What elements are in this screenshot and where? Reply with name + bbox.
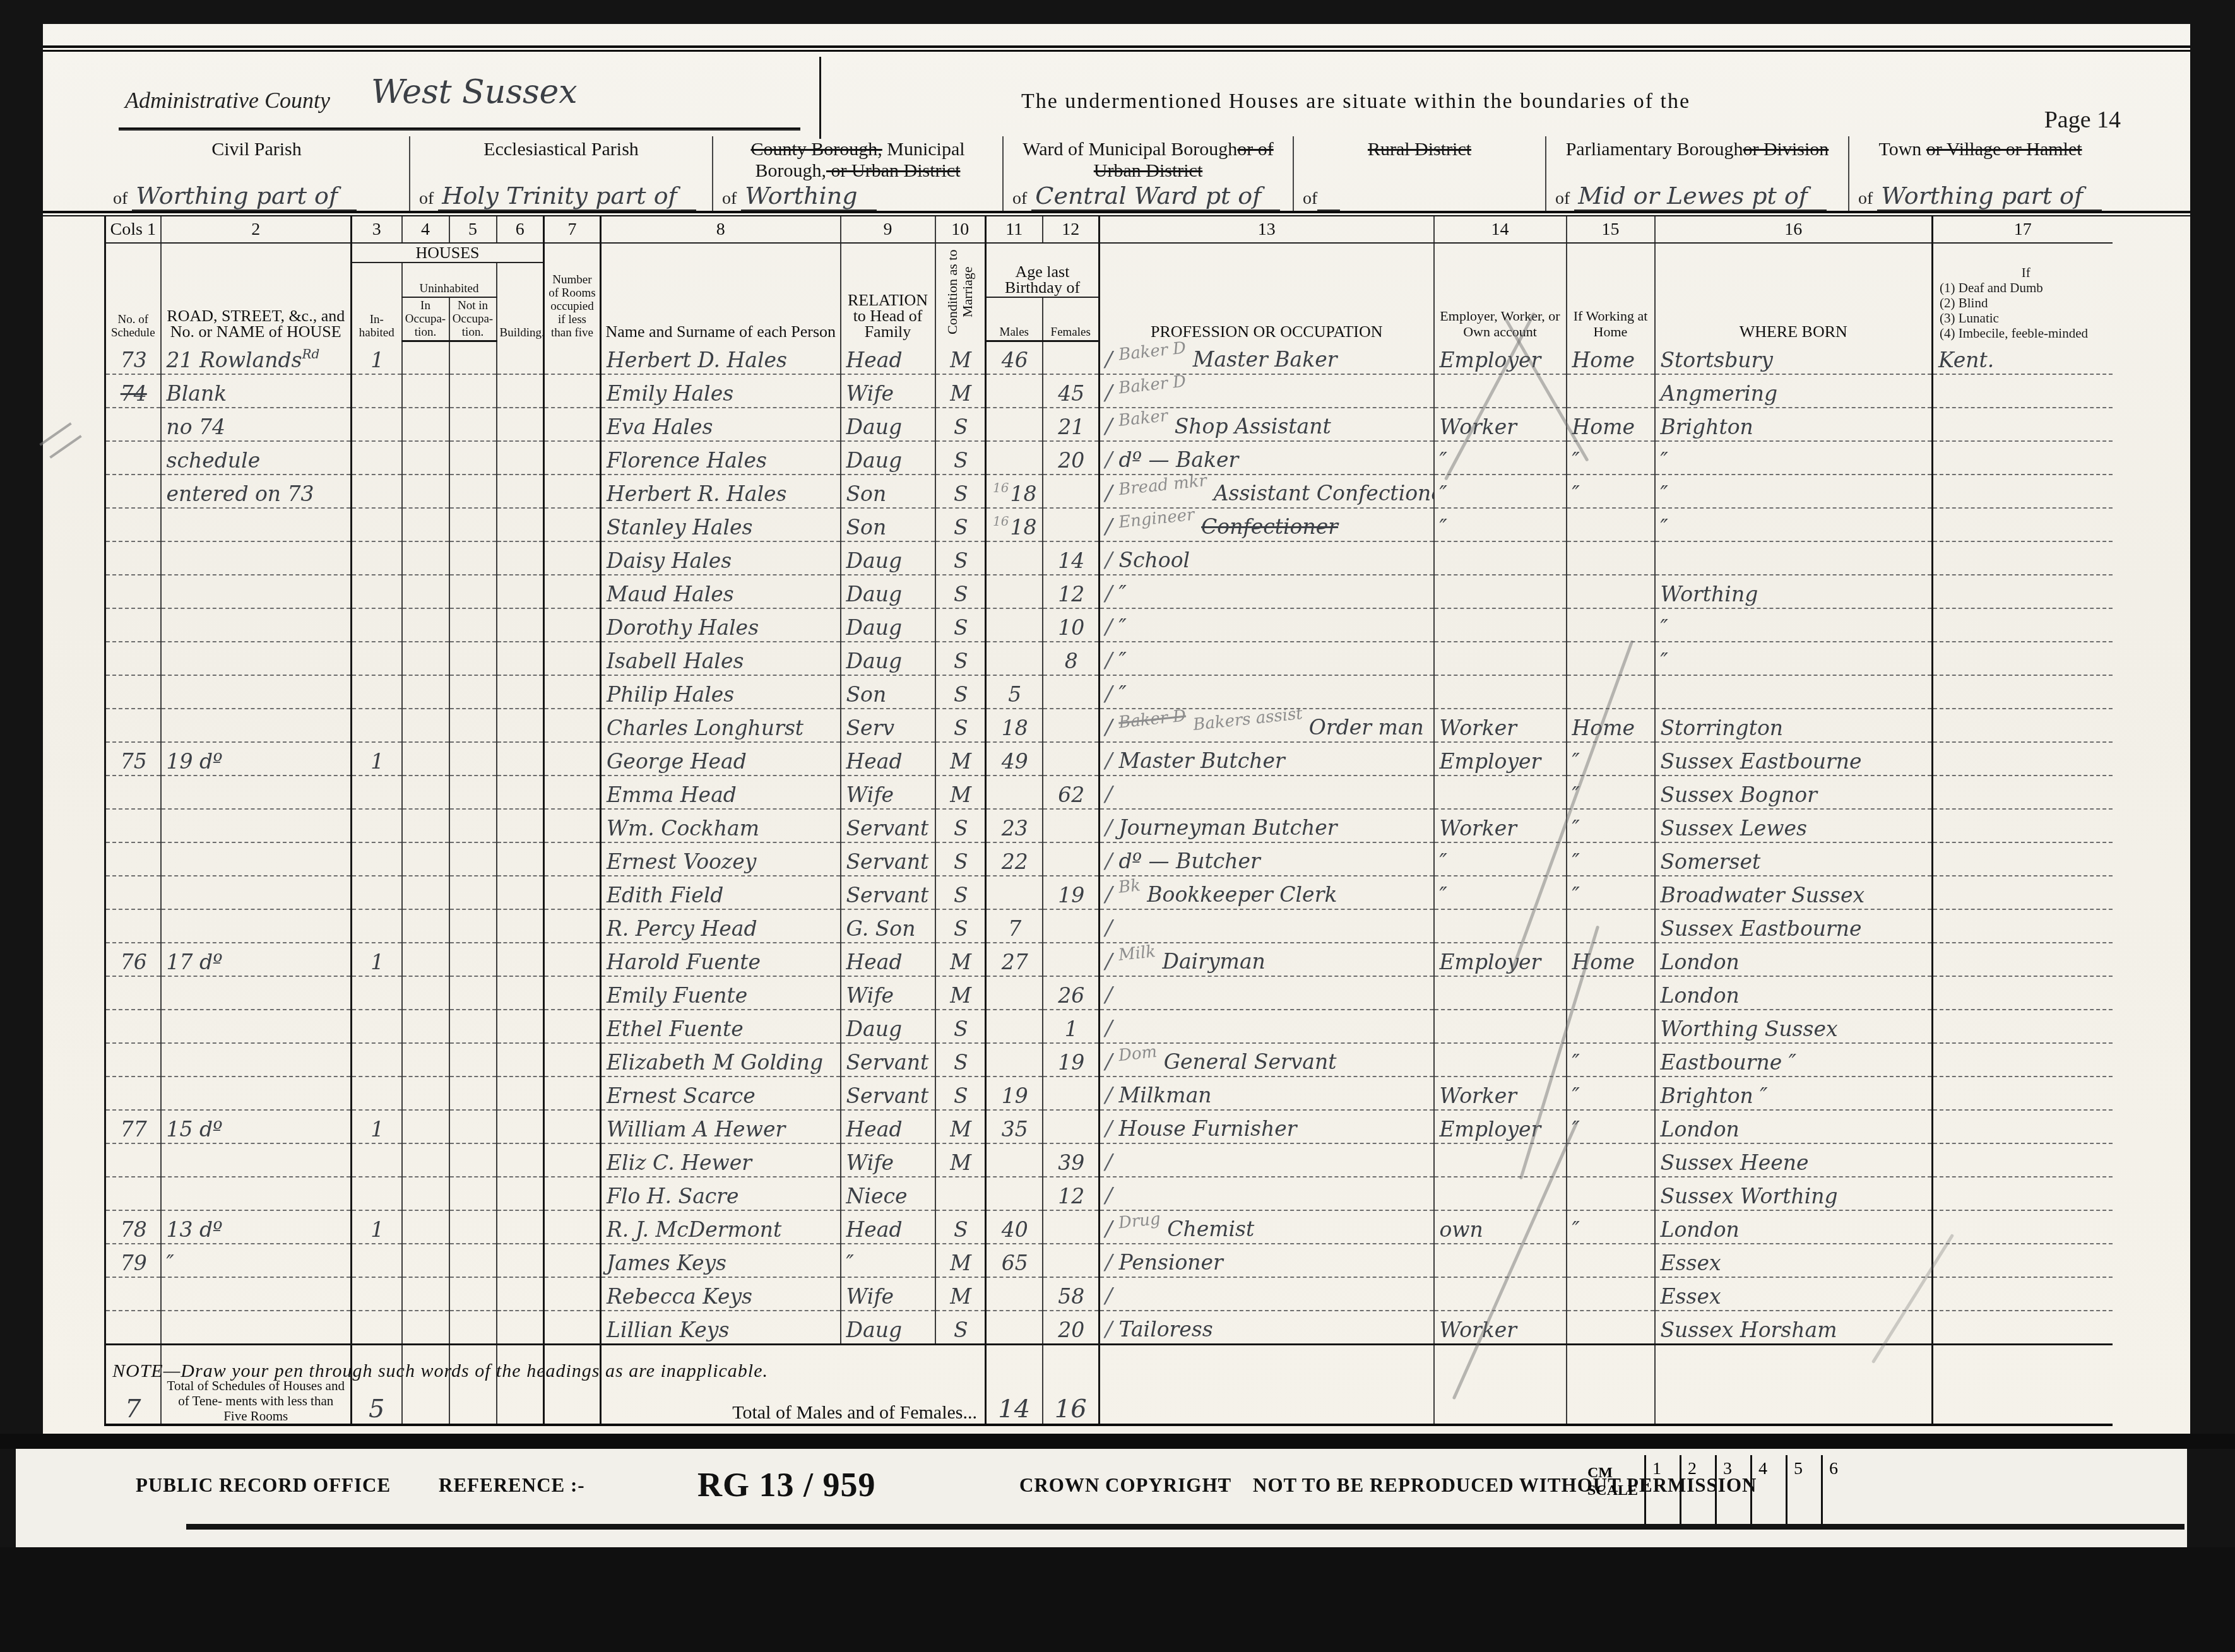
profession-pencil-note: Bk bbox=[1118, 876, 1142, 897]
cell-rooms bbox=[544, 1043, 601, 1077]
cell-address bbox=[161, 842, 352, 876]
cell-address bbox=[161, 675, 352, 709]
cell-rooms bbox=[544, 943, 601, 976]
cell-age-female: 19 bbox=[1043, 876, 1100, 909]
tally-slash: / bbox=[1105, 514, 1112, 540]
age-correction-note: 16 bbox=[993, 514, 1009, 529]
of-label: of bbox=[419, 189, 438, 208]
cell-schedule bbox=[105, 1077, 161, 1110]
cell-uninhabited-notocc bbox=[449, 1311, 497, 1344]
cell-name: R. Percy Head bbox=[601, 909, 841, 943]
cell-age-female bbox=[1043, 1244, 1100, 1277]
cell-inhabited: 1 bbox=[352, 742, 402, 776]
header-road: ROAD, STREET, &c., and No. or NAME of HO… bbox=[161, 243, 352, 341]
cell-relation: Daug bbox=[841, 441, 935, 475]
cell-inhabited bbox=[352, 1311, 402, 1344]
profession-pencil-note: Drug bbox=[1118, 1210, 1161, 1232]
cell-where-born: ″ bbox=[1655, 642, 1933, 675]
cell-condition: M bbox=[935, 943, 986, 976]
profession-text: dº — Butcher bbox=[1118, 849, 1260, 873]
cell-age-male bbox=[986, 1010, 1043, 1043]
cell-building bbox=[497, 842, 544, 876]
cell-uninhabited-notocc bbox=[449, 441, 497, 475]
table-row: no 74Eva HalesDaugS21/BakerShop Assistan… bbox=[105, 408, 2113, 441]
cell-inhabited bbox=[352, 408, 402, 441]
parish-box-value: of bbox=[1303, 182, 1541, 209]
cell-profession: /Baker DBakers assistOrder man bbox=[1100, 709, 1434, 742]
tally-slash: / bbox=[1105, 414, 1112, 439]
parish-box-value: of Worthing part of bbox=[113, 182, 403, 209]
header-infirmity: If(1) Deaf and Dumb(2) Blind(3) Lunatic(… bbox=[1933, 243, 2113, 341]
parish-label-segment: Parliamentary Borough bbox=[1566, 139, 1743, 160]
cell-age-male: 35 bbox=[986, 1110, 1043, 1143]
tally-slash: / bbox=[1105, 916, 1112, 941]
cell-employer bbox=[1434, 575, 1567, 608]
cell-condition: S bbox=[935, 541, 986, 575]
cell-schedule bbox=[105, 1010, 161, 1043]
cell-employer bbox=[1434, 675, 1567, 709]
infirmity-item: (3) Lunatic bbox=[1940, 310, 2113, 326]
profession-text: ″ bbox=[1118, 681, 1126, 706]
cell-building bbox=[497, 341, 544, 374]
cell-condition: S bbox=[935, 1077, 986, 1110]
cell-infirmity bbox=[1933, 776, 2113, 809]
cell-relation: Daug bbox=[841, 1010, 935, 1043]
cell-infirmity bbox=[1933, 575, 2113, 608]
header-building: Building. bbox=[497, 263, 544, 341]
table-row: Ethel FuenteDaugS1/Worthing Sussex bbox=[105, 1010, 2113, 1043]
cell-age-male bbox=[986, 408, 1043, 441]
scale-tick: 2 bbox=[1680, 1455, 1715, 1528]
cell-name: Ethel Fuente bbox=[601, 1010, 841, 1043]
cell-uninhabited-occ bbox=[402, 809, 449, 842]
cell-profession: /Baker DMaster Baker bbox=[1100, 341, 1434, 374]
parish-label-segment: Ecclesiastical Parish bbox=[483, 139, 639, 160]
note-line: NOTE—Draw your pen through such words of… bbox=[112, 1360, 768, 1382]
tally-slash: / bbox=[1105, 815, 1112, 841]
cell-age-male: 7 bbox=[986, 909, 1043, 943]
header-females: Females bbox=[1043, 297, 1100, 341]
cell-employer: Worker bbox=[1434, 408, 1567, 441]
profession-text: ″ bbox=[1118, 615, 1126, 639]
tally-slash: / bbox=[1105, 1116, 1112, 1142]
parish-handwritten-value: Central Ward pt of bbox=[1031, 182, 1280, 211]
cell-age-female bbox=[1043, 675, 1100, 709]
tally-slash: / bbox=[1105, 447, 1112, 473]
cell-name: Isabell Hales bbox=[601, 642, 841, 675]
cell-rooms bbox=[544, 1210, 601, 1244]
profession-text: Pensioner bbox=[1118, 1250, 1223, 1275]
cell-infirmity bbox=[1933, 876, 2113, 909]
scale-tick: 1 bbox=[1644, 1455, 1680, 1528]
header-employer: Employer, Worker, or Own account bbox=[1434, 243, 1567, 341]
table-row: Stanley HalesSonS1618/EngineerConfection… bbox=[105, 508, 2113, 541]
cell-profession: /MilkDairyman bbox=[1100, 943, 1434, 976]
cell-age-male bbox=[986, 1311, 1043, 1344]
cell-inhabited bbox=[352, 842, 402, 876]
cell-working-at-home bbox=[1567, 374, 1655, 408]
cell-address bbox=[161, 575, 352, 608]
cell-age-female bbox=[1043, 742, 1100, 776]
table-row: Emma HeadWifeM62/″Sussex Bognor bbox=[105, 776, 2113, 809]
pro-footer: PUBLIC RECORD OFFICE REFERENCE :- RG 13 … bbox=[16, 1449, 2187, 1547]
cell-where-born: Sussex Heene bbox=[1655, 1143, 1933, 1177]
cell-working-at-home bbox=[1567, 976, 1655, 1010]
cell-relation: Head bbox=[841, 742, 935, 776]
cell-age-male bbox=[986, 1043, 1043, 1077]
cell-inhabited bbox=[352, 776, 402, 809]
column-number: 6 bbox=[497, 216, 544, 243]
cell-relation: Head bbox=[841, 1110, 935, 1143]
table-row: Maud HalesDaugS12/″Worthing bbox=[105, 575, 2113, 608]
cell-working-at-home bbox=[1567, 1244, 1655, 1277]
cell-name: Ernest Scarce bbox=[601, 1077, 841, 1110]
cell-where-born: Brighton bbox=[1655, 408, 1933, 441]
cell-name: Stanley Hales bbox=[601, 508, 841, 541]
cell-working-at-home: ″ bbox=[1567, 475, 1655, 508]
cell-uninhabited-occ bbox=[402, 1143, 449, 1177]
cell-schedule bbox=[105, 608, 161, 642]
cell-uninhabited-notocc bbox=[449, 608, 497, 642]
cell-relation: Wife bbox=[841, 776, 935, 809]
scan-gap bbox=[0, 1434, 2235, 1449]
cell-where-born: London bbox=[1655, 976, 1933, 1010]
cell-working-at-home bbox=[1567, 675, 1655, 709]
cell-uninhabited-notocc bbox=[449, 575, 497, 608]
cell-uninhabited-notocc bbox=[449, 1277, 497, 1311]
cell-infirmity bbox=[1933, 374, 2113, 408]
cell-age-male bbox=[986, 776, 1043, 809]
cell-uninhabited-notocc bbox=[449, 642, 497, 675]
cell-inhabited bbox=[352, 909, 402, 943]
tally-slash: / bbox=[1105, 1217, 1112, 1242]
cell-age-female: 39 bbox=[1043, 1143, 1100, 1177]
cell-address bbox=[161, 1010, 352, 1043]
column-number: 4 bbox=[402, 216, 449, 243]
parish-box: Rural Districtof bbox=[1294, 136, 1546, 211]
cell-employer bbox=[1434, 608, 1567, 642]
cell-age-female bbox=[1043, 842, 1100, 876]
parish-handwritten-value: Holy Trinity part of bbox=[438, 182, 696, 211]
parish-box: Ecclesiastical Parishof Holy Trinity par… bbox=[410, 136, 713, 211]
cell-relation: Wife bbox=[841, 374, 935, 408]
cell-uninhabited-occ bbox=[402, 842, 449, 876]
cell-rooms bbox=[544, 575, 601, 608]
cell-working-at-home bbox=[1567, 1277, 1655, 1311]
cell-address: ″ bbox=[161, 1244, 352, 1277]
table-row: scheduleFlorence HalesDaugS20/dº — Baker… bbox=[105, 441, 2113, 475]
cell-employer: own bbox=[1434, 1210, 1567, 1244]
cell-employer: Worker bbox=[1434, 1311, 1567, 1344]
column-number: 7 bbox=[544, 216, 601, 243]
cell-relation: Daug bbox=[841, 608, 935, 642]
column-number: Cols 1 bbox=[105, 216, 161, 243]
cell-employer bbox=[1434, 1177, 1567, 1210]
table-row: Lillian KeysDaugS20/TailoressWorkerSusse… bbox=[105, 1311, 2113, 1344]
cell-name: Dorothy Hales bbox=[601, 608, 841, 642]
cell-infirmity bbox=[1933, 943, 2113, 976]
cell-address bbox=[161, 1277, 352, 1311]
cell-relation: Head bbox=[841, 943, 935, 976]
cell-working-at-home: Home bbox=[1567, 341, 1655, 374]
cell-employer: ″ bbox=[1434, 876, 1567, 909]
of-label: of bbox=[1012, 189, 1031, 208]
cell-condition: S bbox=[935, 441, 986, 475]
cell-rooms bbox=[544, 675, 601, 709]
cell-condition: S bbox=[935, 709, 986, 742]
cell-rooms bbox=[544, 1177, 601, 1210]
cell-age-male: 1618 bbox=[986, 508, 1043, 541]
profession-text: School bbox=[1118, 548, 1190, 572]
cell-rooms bbox=[544, 976, 601, 1010]
header-condition: Condition as to Marriage bbox=[935, 243, 986, 341]
header-rooms: Number of Rooms occupied if less than fi… bbox=[544, 243, 601, 341]
cell-building bbox=[497, 1043, 544, 1077]
tally-slash: / bbox=[1105, 347, 1112, 372]
cell-inhabited bbox=[352, 642, 402, 675]
cell-age-female: 12 bbox=[1043, 575, 1100, 608]
footer-reference-label: REFERENCE :- bbox=[439, 1474, 585, 1497]
cell-uninhabited-occ bbox=[402, 1311, 449, 1344]
tally-slash: / bbox=[1105, 849, 1112, 874]
profession-pencil-note: Engineer bbox=[1118, 508, 1195, 532]
cell-schedule bbox=[105, 909, 161, 943]
cell-where-born: Worthing bbox=[1655, 575, 1933, 608]
cell-condition: S bbox=[935, 1210, 986, 1244]
cell-profession: /″ bbox=[1100, 608, 1434, 642]
admin-county-label: Administrative County bbox=[125, 87, 330, 114]
cell-condition: S bbox=[935, 508, 986, 541]
profession-pencil-note: Milk bbox=[1118, 943, 1157, 965]
header-name: Name and Surname of each Person bbox=[601, 243, 841, 341]
profession-pencil-note: Baker D bbox=[1118, 374, 1187, 398]
header-not-in-occupation: Not in Occupa-tion. bbox=[449, 297, 497, 341]
cell-building bbox=[497, 675, 544, 709]
age-correction-note: 16 bbox=[993, 480, 1009, 495]
parish-rule bbox=[43, 211, 2190, 216]
cell-building bbox=[497, 742, 544, 776]
cell-employer: Worker bbox=[1434, 809, 1567, 842]
cell-uninhabited-notocc bbox=[449, 709, 497, 742]
cell-inhabited bbox=[352, 541, 402, 575]
cell-rooms bbox=[544, 1110, 601, 1143]
cell-age-male bbox=[986, 374, 1043, 408]
cell-profession: /Journeyman Butcher bbox=[1100, 809, 1434, 842]
column-number: 14 bbox=[1434, 216, 1567, 243]
cell-age-male: 23 bbox=[986, 809, 1043, 842]
cell-address bbox=[161, 976, 352, 1010]
cell-rooms bbox=[544, 341, 601, 374]
cell-building bbox=[497, 541, 544, 575]
table-row: Ernest VoozeyServantS22/dº — Butcher″″So… bbox=[105, 842, 2113, 876]
cell-name: Flo H. Sacre bbox=[601, 1177, 841, 1210]
census-page: Administrative County West Sussex The un… bbox=[43, 24, 2190, 1434]
cell-working-at-home bbox=[1567, 1010, 1655, 1043]
cell-age-female: 12 bbox=[1043, 1177, 1100, 1210]
cell-profession: / bbox=[1100, 1177, 1434, 1210]
cell-employer bbox=[1434, 1277, 1567, 1311]
cell-rooms bbox=[544, 809, 601, 842]
cell-inhabited bbox=[352, 1077, 402, 1110]
cell-age-male: 65 bbox=[986, 1244, 1043, 1277]
county-underline bbox=[119, 127, 800, 131]
cell-building bbox=[497, 976, 544, 1010]
table-row: Eliz C. HewerWifeM39/Sussex Heene bbox=[105, 1143, 2113, 1177]
cell-name: Edith Field bbox=[601, 876, 841, 909]
males-females-label: Total of Males and of Females... bbox=[601, 1344, 986, 1425]
tally-slash: / bbox=[1105, 1049, 1112, 1075]
cell-profession: /House Furnisher bbox=[1100, 1110, 1434, 1143]
cell-address: 17 dº bbox=[161, 943, 352, 976]
cell-name: Maud Hales bbox=[601, 575, 841, 608]
cm-scale: CM SCALE 123456 bbox=[1587, 1455, 1859, 1528]
cell-inhabited bbox=[352, 508, 402, 541]
tally-slash: / bbox=[1105, 1283, 1112, 1309]
cell-inhabited bbox=[352, 608, 402, 642]
cell-where-born: ″ bbox=[1655, 508, 1933, 541]
cell-condition: S bbox=[935, 1010, 986, 1043]
cell-profession: /DomGeneral Servant bbox=[1100, 1043, 1434, 1077]
header-houses: HOUSES bbox=[352, 243, 544, 263]
cell-age-female: 1 bbox=[1043, 1010, 1100, 1043]
scale-tick: 5 bbox=[1786, 1455, 1821, 1528]
cell-inhabited bbox=[352, 1010, 402, 1043]
cell-uninhabited-occ bbox=[402, 475, 449, 508]
profession-text: Dairyman bbox=[1162, 949, 1265, 974]
profession-text: Milkman bbox=[1118, 1083, 1211, 1107]
cell-address bbox=[161, 508, 352, 541]
column-number: 9 bbox=[841, 216, 935, 243]
cell-condition: S bbox=[935, 909, 986, 943]
cell-name: Elizabeth M Golding bbox=[601, 1043, 841, 1077]
tally-slash: / bbox=[1105, 1083, 1112, 1108]
cell-schedule bbox=[105, 1043, 161, 1077]
cell-uninhabited-occ bbox=[402, 408, 449, 441]
parish-box-value: of Worthing bbox=[722, 182, 997, 209]
cell-name: Rebecca Keys bbox=[601, 1277, 841, 1311]
header-males: Males bbox=[986, 297, 1043, 341]
cell-building bbox=[497, 642, 544, 675]
cell-age-male: 49 bbox=[986, 742, 1043, 776]
census-table: Cols 1234567891011121314151617 No. of Sc… bbox=[104, 216, 2113, 1426]
cell-uninhabited-notocc bbox=[449, 1143, 497, 1177]
cell-uninhabited-occ bbox=[402, 508, 449, 541]
cell-relation: Servant bbox=[841, 1077, 935, 1110]
cell-building bbox=[497, 776, 544, 809]
tally-slash: / bbox=[1105, 1250, 1112, 1275]
cell-profession: /Tailoress bbox=[1100, 1311, 1434, 1344]
cell-address bbox=[161, 1043, 352, 1077]
cell-uninhabited-occ bbox=[402, 374, 449, 408]
cell-age-female bbox=[1043, 475, 1100, 508]
parish-box-label: Rural District bbox=[1294, 139, 1545, 160]
cell-address: Blank bbox=[161, 374, 352, 408]
cell-relation: Niece bbox=[841, 1177, 935, 1210]
parish-label-segment: Rural District bbox=[1368, 139, 1471, 160]
cell-employer bbox=[1434, 1143, 1567, 1177]
cell-building bbox=[497, 709, 544, 742]
profession-text: ″ bbox=[1118, 581, 1126, 606]
cell-condition: S bbox=[935, 1311, 986, 1344]
cell-profession: /BkBookkeeper Clerk bbox=[1100, 876, 1434, 909]
column-number: 10 bbox=[935, 216, 986, 243]
cell-building bbox=[497, 1244, 544, 1277]
cell-infirmity bbox=[1933, 408, 2113, 441]
cell-address bbox=[161, 776, 352, 809]
cell-infirmity bbox=[1933, 809, 2113, 842]
infirmity-title: If bbox=[1940, 265, 2113, 280]
cell-condition: S bbox=[935, 876, 986, 909]
cell-where-born: Essex bbox=[1655, 1244, 1933, 1277]
cell-uninhabited-notocc bbox=[449, 1244, 497, 1277]
cell-rooms bbox=[544, 1244, 601, 1277]
cell-building bbox=[497, 508, 544, 541]
situate-line: The undermentioned Houses are situate wi… bbox=[882, 90, 1829, 114]
cell-employer bbox=[1434, 976, 1567, 1010]
header-profession: PROFESSION OR OCCUPATION bbox=[1100, 243, 1434, 341]
cell-uninhabited-notocc bbox=[449, 341, 497, 374]
cell-rooms bbox=[544, 876, 601, 909]
cell-uninhabited-occ bbox=[402, 742, 449, 776]
footer-reference-number: RG 13 / 959 bbox=[697, 1465, 876, 1504]
cell-employer: ″ bbox=[1434, 842, 1567, 876]
infirmity-item: (4) Imbecile, feeble-minded bbox=[1940, 326, 2113, 341]
cell-condition: S bbox=[935, 475, 986, 508]
scale-tick: 3 bbox=[1715, 1455, 1750, 1528]
cell-rooms bbox=[544, 1311, 601, 1344]
cell-profession: /Master Butcher bbox=[1100, 742, 1434, 776]
parish-label-segment: County Borough, bbox=[750, 139, 882, 160]
cell-inhabited bbox=[352, 675, 402, 709]
cell-rooms bbox=[544, 541, 601, 575]
cell-age-female: 58 bbox=[1043, 1277, 1100, 1311]
cell-schedule bbox=[105, 876, 161, 909]
cell-employer: Worker bbox=[1434, 709, 1567, 742]
cell-infirmity bbox=[1933, 1010, 2113, 1043]
cell-schedule bbox=[105, 1177, 161, 1210]
cell-building bbox=[497, 1010, 544, 1043]
cell-uninhabited-notocc bbox=[449, 976, 497, 1010]
cell-rooms bbox=[544, 909, 601, 943]
cell-rooms bbox=[544, 1077, 601, 1110]
profession-text: Order man bbox=[1309, 715, 1424, 740]
cell-uninhabited-notocc bbox=[449, 776, 497, 809]
cell-uninhabited-occ bbox=[402, 976, 449, 1010]
cell-schedule: 77 bbox=[105, 1110, 161, 1143]
top-rule bbox=[43, 45, 2190, 52]
cell-relation: Servant bbox=[841, 809, 935, 842]
column-number: 5 bbox=[449, 216, 497, 243]
cell-where-born: Eastbourne ″ bbox=[1655, 1043, 1933, 1077]
infirmity-item: (1) Deaf and Dumb bbox=[1940, 280, 2113, 295]
cell-infirmity bbox=[1933, 909, 2113, 943]
cell-rooms bbox=[544, 1143, 601, 1177]
cell-uninhabited-occ bbox=[402, 642, 449, 675]
cell-infirmity bbox=[1933, 1110, 2113, 1143]
cell-uninhabited-occ bbox=[402, 1177, 449, 1210]
cell-where-born: ″ bbox=[1655, 475, 1933, 508]
profession-text: Chemist bbox=[1167, 1217, 1254, 1241]
cell-uninhabited-notocc bbox=[449, 1210, 497, 1244]
cell-where-born: Storrington bbox=[1655, 709, 1933, 742]
cell-infirmity bbox=[1933, 1210, 2113, 1244]
cell-rooms bbox=[544, 709, 601, 742]
cell-name: James Keys bbox=[601, 1244, 841, 1277]
cell-inhabited bbox=[352, 1244, 402, 1277]
males-total: 14 bbox=[986, 1344, 1043, 1425]
cell-age-male bbox=[986, 976, 1043, 1010]
cell-uninhabited-occ bbox=[402, 1210, 449, 1244]
